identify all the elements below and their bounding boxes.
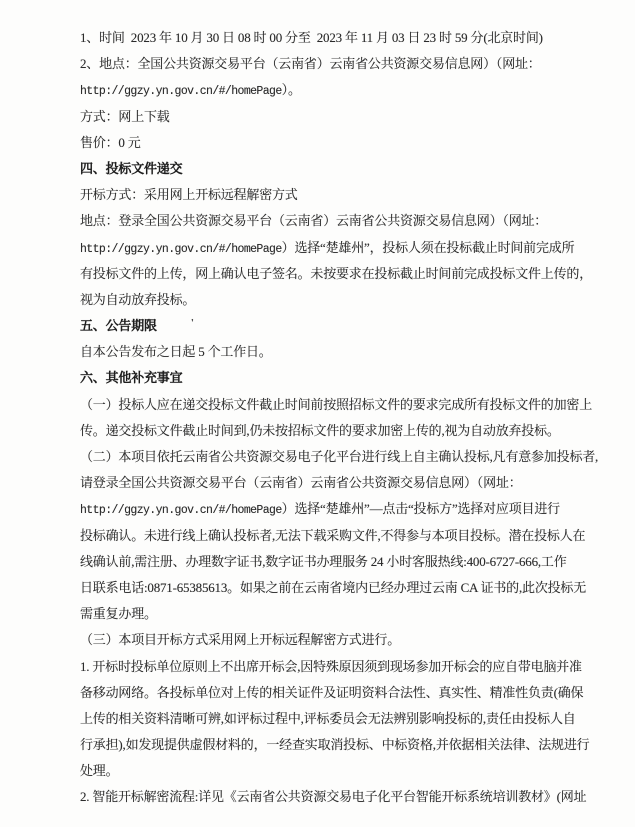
- url-text: http://ggzy.yn.gov.cn/#/homePage: [80, 85, 282, 98]
- text-segment: 有投标文件的上传，网上确认电子签名。未按要求在投标截止时间前完成投标文件上传的，: [80, 266, 592, 281]
- document-line-17: （二）本项目依托云南省公共资源交易电子化平台进行线上自主确认投标,凡有意参加投标…: [80, 444, 575, 470]
- text-segment: （三）本项目开标方式采用网上开标远程解密方式进行。: [80, 632, 400, 647]
- document-line-7: 开标方式：采用网上开标远程解密方式: [80, 182, 575, 208]
- text-segment: 方式：网上下载: [80, 109, 170, 124]
- text-segment: （二）本项目依托云南省公共资源交易电子化平台进行线上自主确认投标,凡有意参加投标…: [80, 449, 598, 464]
- text-segment: 投标确认。未进行线上确认投标者,无法下载采购文件,不得参与本项目投标。潜在投标人…: [80, 528, 585, 543]
- scanned-document-page: 1、时间 2023 年 10 月 30 日 08 时 00 分至 2023 年 …: [0, 0, 635, 827]
- text-segment: 1. 开标时投标单位原则上不出席开标会,因特殊原因须到现场参加开标会的应自带电脑…: [80, 659, 582, 674]
- document-line-10: 有投标文件的上传，网上确认电子签名。未按要求在投标截止时间前完成投标文件上传的，: [80, 261, 575, 287]
- document-line-1: 1、时间 2023 年 10 月 30 日 08 时 00 分至 2023 年 …: [80, 25, 575, 51]
- document-line-28: 行承担),如发现提供虚假材料的，一经查实取消投标、中标资格,并依据相关法律、法规…: [80, 732, 575, 758]
- text-segment: 1、时间 2023 年 10 月 30 日 08 时 00 分至 2023 年 …: [80, 30, 543, 45]
- text-segment: 日联系电话:0871-65385613。如果之前在云南省境内已经办理过云南 CA…: [80, 580, 586, 595]
- text-segment: 2、地点：全国公共资源交易平台（云南省）云南省公共资源交易信息网）（网址：: [80, 56, 541, 71]
- text-segment: ）选择“楚雄州”，投标人须在投标截止时间前完成所: [282, 240, 575, 255]
- text-segment: 传。递交投标文件截止时间到,仍未按招标文件的要求加密上传的,视为自动放弃投标。: [80, 423, 560, 438]
- document-line-25: 1. 开标时投标单位原则上不出席开标会,因特殊原因须到现场参加开标会的应自带电脑…: [80, 654, 575, 680]
- text-segment: 处理。: [80, 763, 118, 778]
- document-line-15: （一）投标人应在递交投标文件截止时间前按照招标文件的要求完成所有投标文件的加密上: [80, 392, 575, 418]
- url-text: http://ggzy.yn.gov.cn/#/homePage: [80, 504, 282, 517]
- text-segment: 售价：0 元: [80, 135, 141, 150]
- text-segment: 自本公告发布之日起 5 个工作日。: [80, 344, 272, 359]
- section-heading-5: 五、公告期限': [80, 313, 575, 339]
- document-line-4: 方式：网上下载: [80, 104, 575, 130]
- document-line-24: （三）本项目开标方式采用网上开标远程解密方式进行。: [80, 627, 575, 653]
- document-line-3: http://ggzy.yn.gov.cn/#/homePage）。: [80, 77, 575, 103]
- document-line-9: http://ggzy.yn.gov.cn/#/homePage）选择“楚雄州”…: [80, 235, 575, 261]
- document-body: 1、时间 2023 年 10 月 30 日 08 时 00 分至 2023 年 …: [80, 25, 575, 811]
- document-line-22: 日联系电话:0871-65385613。如果之前在云南省境内已经办理过云南 CA…: [80, 575, 575, 601]
- text-segment: 五、公告期限: [80, 318, 157, 333]
- text-segment: 六、其他补充事宜: [80, 370, 182, 385]
- text-segment: ）选择“楚雄州”—点击“投标方”选择对应项目进行: [282, 501, 560, 516]
- text-segment: 2. 智能开标解密流程:详见《云南省公共资源交易电子化平台智能开标系统培训教材》…: [80, 789, 586, 804]
- section-heading-4: 四、投标文件递交: [80, 156, 575, 182]
- text-segment: 备移动网络。各投标单位对上传的相关证件及证明资料合法性、真实性、精准性负责(确保: [80, 685, 583, 700]
- document-line-19: http://ggzy.yn.gov.cn/#/homePage）选择“楚雄州”…: [80, 496, 575, 522]
- text-segment: （一）投标人应在递交投标文件截止时间前按照招标文件的要求完成所有投标文件的加密上: [80, 397, 592, 412]
- scan-artifact-mark: ': [191, 310, 194, 336]
- document-line-5: 售价：0 元: [80, 130, 575, 156]
- text-segment: 需重复办理。: [80, 606, 157, 621]
- text-segment: ）。: [282, 82, 301, 97]
- document-line-2: 2、地点：全国公共资源交易平台（云南省）云南省公共资源交易信息网）（网址：: [80, 51, 575, 77]
- document-line-27: 上传的相关资料清晰可辨,如评标过程中,评标委员会无法辨别影响投标的,责任由投标人…: [80, 706, 575, 732]
- document-line-11: 视为自动放弃投标。: [80, 287, 575, 313]
- text-segment: 请登录全国公共资源交易平台（云南省）云南省公共资源交易信息网）（网址：: [80, 475, 522, 490]
- document-line-30: 2. 智能开标解密流程:详见《云南省公共资源交易电子化平台智能开标系统培训教材》…: [80, 784, 575, 810]
- section-heading-6: 六、其他补充事宜: [80, 365, 575, 391]
- text-segment: 上传的相关资料清晰可辨,如评标过程中,评标委员会无法辨别影响投标的,责任由投标人…: [80, 711, 576, 726]
- document-line-8: 地点：登录全国公共资源交易平台（云南省）云南省公共资源交易信息网）（网址：: [80, 208, 575, 234]
- document-line-21: 线确认前,需注册、办理数字证书,数字证书办理服务 24 小时客服热线:400-6…: [80, 549, 575, 575]
- document-line-23: 需重复办理。: [80, 601, 575, 627]
- document-line-13: 自本公告发布之日起 5 个工作日。: [80, 339, 575, 365]
- document-line-16: 传。递交投标文件截止时间到,仍未按招标文件的要求加密上传的,视为自动放弃投标。: [80, 418, 575, 444]
- text-segment: 四、投标文件递交: [80, 161, 182, 176]
- text-segment: 视为自动放弃投标。: [80, 292, 195, 307]
- document-line-29: 处理。: [80, 758, 575, 784]
- url-text: http://ggzy.yn.gov.cn/#/homePage: [80, 243, 282, 256]
- document-line-20: 投标确认。未进行线上确认投标者,无法下载采购文件,不得参与本项目投标。潜在投标人…: [80, 523, 575, 549]
- document-line-18: 请登录全国公共资源交易平台（云南省）云南省公共资源交易信息网）（网址：: [80, 470, 575, 496]
- text-segment: 开标方式：采用网上开标远程解密方式: [80, 187, 298, 202]
- text-segment: 线确认前,需注册、办理数字证书,数字证书办理服务 24 小时客服热线:400-6…: [80, 554, 567, 569]
- document-line-26: 备移动网络。各投标单位对上传的相关证件及证明资料合法性、真实性、精准性负责(确保: [80, 680, 575, 706]
- text-segment: 地点：登录全国公共资源交易平台（云南省）云南省公共资源交易信息网）（网址：: [80, 213, 547, 228]
- text-segment: 行承担),如发现提供虚假材料的，一经查实取消投标、中标资格,并依据相关法律、法规…: [80, 737, 589, 752]
